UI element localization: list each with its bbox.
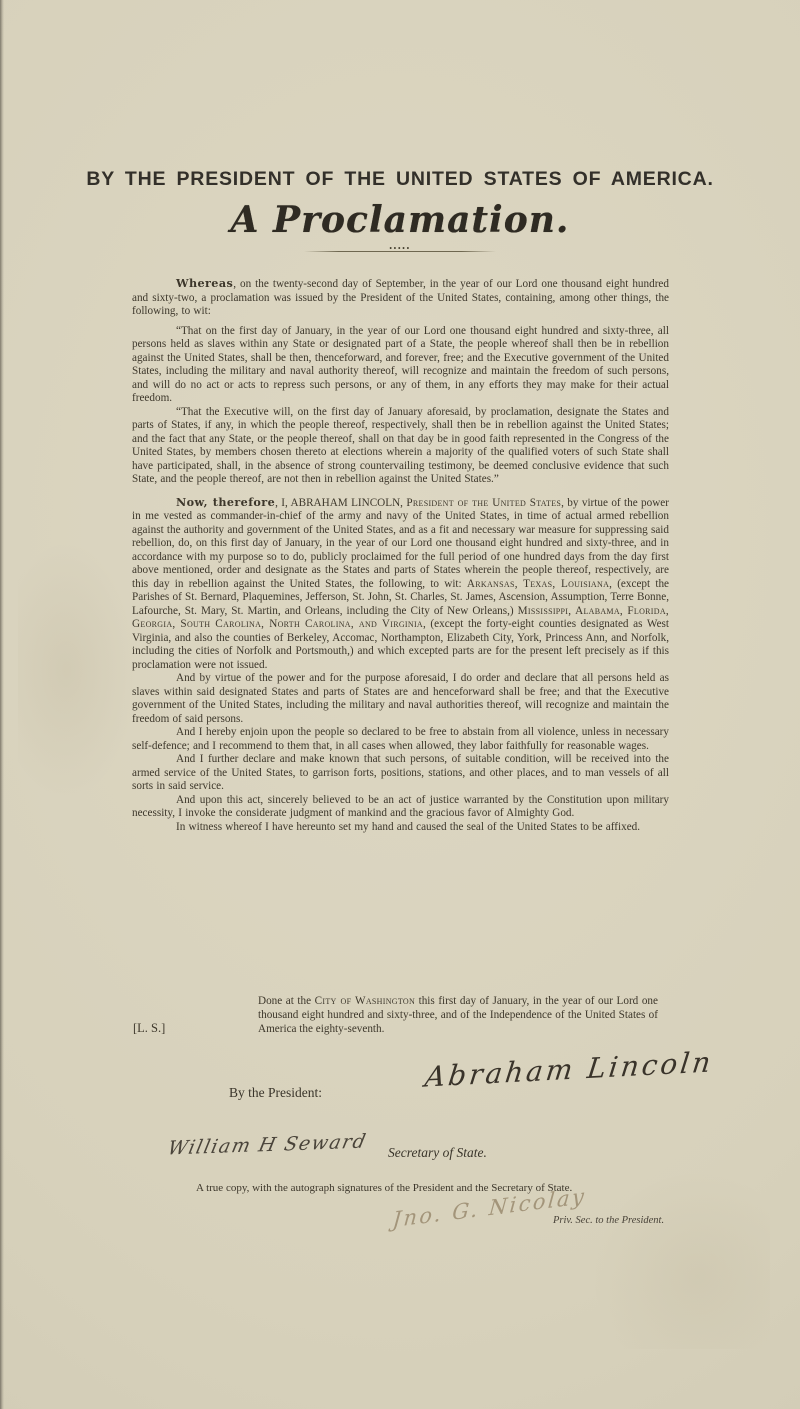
paragraph-quote-first-january: “That on the first day of January, in th… <box>132 325 669 406</box>
ornamental-divider: ••••• <box>304 248 496 256</box>
closing-and-signatures: [L. S.] Done at the City of Washington t… <box>0 990 800 1409</box>
divider-dots: ••••• <box>389 244 411 253</box>
proclamation-body: Whereas, on the twenty-second day of Sep… <box>132 277 669 834</box>
document-title: A Proclamation. <box>0 199 800 241</box>
private-secretary-label: Priv. Sec. to the President. <box>553 1215 664 1226</box>
paragraph-quote-executive-designate: “That the Executive will, on the first d… <box>132 406 669 487</box>
paragraph-enjoin-no-violence: And I hereby enjoin upon the people so d… <box>132 726 669 753</box>
secretary-of-state-label: Secretary of State. <box>388 1145 487 1161</box>
lincoln-signature: Abraham Lincoln <box>423 1045 715 1093</box>
paper-stain <box>18 540 138 800</box>
paragraph-declare-free: And by virtue of the power and for the p… <box>132 672 669 726</box>
paragraph-armed-service: And I further declare and make known tha… <box>132 753 669 794</box>
done-at-washington-text: Done at the City of Washington this firs… <box>258 994 658 1037</box>
seal-notation: [L. S.] <box>133 1021 165 1036</box>
seward-signature: William H Seward <box>166 1130 369 1159</box>
paragraph-invoke-judgment: And upon this act, sincerely believed to… <box>132 794 669 821</box>
paragraph-in-witness-whereof: In witness whereof I have hereunto set m… <box>132 821 669 835</box>
paragraph-now-therefore-order: Now, therefore, I, ABRAHAM LINCOLN, Pres… <box>132 496 669 673</box>
proclamation-document-page: BY THE PRESIDENT OF THE UNITED STATES OF… <box>0 0 800 1409</box>
paragraph-whereas: Whereas, on the twenty-second day of Sep… <box>132 277 669 319</box>
by-the-president-label: By the President: <box>229 1085 322 1101</box>
document-header: BY THE PRESIDENT OF THE UNITED STATES OF… <box>70 0 730 191</box>
